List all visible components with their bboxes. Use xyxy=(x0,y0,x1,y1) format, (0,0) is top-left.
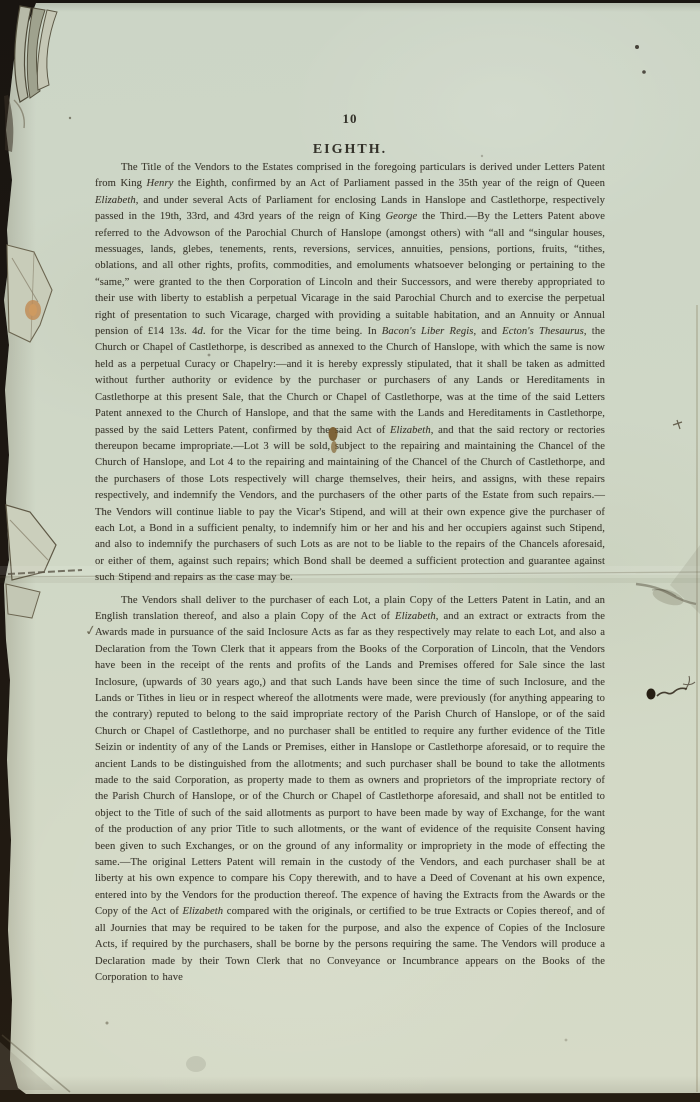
margin-checkmark-annotation: ✓ xyxy=(84,622,98,640)
text-block: The Title of the Vendors to the Estates … xyxy=(95,160,605,986)
paragraph-first: The Title of the Vendors to the Estates … xyxy=(95,160,605,587)
page-number: 10 xyxy=(95,111,605,127)
paragraph-second: The Vendors shall deliver to the purchas… xyxy=(95,593,605,987)
section-heading: EIGHTH. xyxy=(95,142,605,158)
scanned-document: 10 EIGHTH. The Title of the Vendors to t… xyxy=(0,0,700,1102)
